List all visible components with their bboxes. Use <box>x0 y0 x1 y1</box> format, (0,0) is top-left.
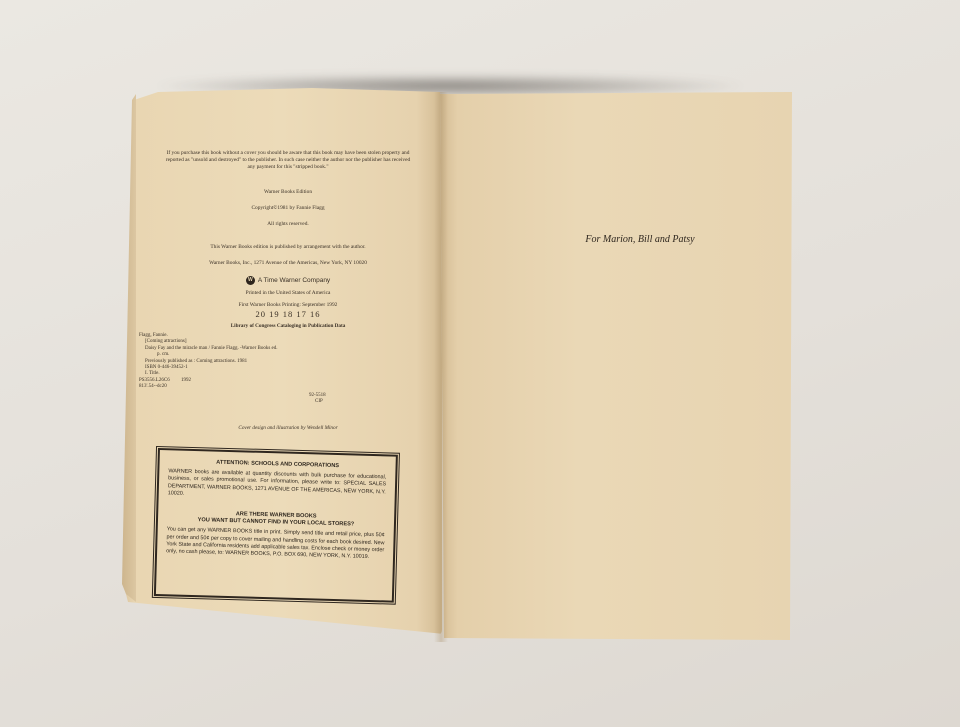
cip-block: Flagg, Fannie. [Coming attractions] Dais… <box>139 333 419 405</box>
dedication-page <box>440 92 792 642</box>
time-warner-logo-icon: W <box>246 276 255 285</box>
first-printing-line: First Warner Books Printing: September 1… <box>157 302 419 309</box>
photo-scene: If you purchase this book without a cove… <box>0 0 960 727</box>
time-warner-line: W A Time Warner Company <box>157 276 419 285</box>
cip-label: CIP <box>139 399 419 405</box>
box-body-stores: You can get any WARNER BOOKS title in pr… <box>166 527 385 562</box>
lc-heading: Library of Congress Cataloging in Public… <box>157 323 419 330</box>
edition-line: Warner Books Edition <box>157 189 419 196</box>
book-gutter <box>434 92 448 642</box>
copyright-line: Copyright©1981 by Fannie Flagg <box>157 205 419 212</box>
dedication-text: For Marion, Bill and Patsy <box>540 234 740 245</box>
stripped-book-notice: If you purchase this book without a cove… <box>157 150 419 171</box>
arrangement-line: This Warner Books edition is published b… <box>157 244 419 251</box>
copyright-text: If you purchase this book without a cove… <box>157 150 419 432</box>
special-sales-box: ATTENTION: SCHOOLS AND CORPORATIONS WARN… <box>154 448 398 603</box>
cip-call-number: PS3556.L26C6 <box>139 378 170 383</box>
publisher-address: Warner Books, Inc., 1271 Avenue of the A… <box>157 260 419 267</box>
cover-credit: Cover design and illustration by Wendell… <box>157 425 419 432</box>
print-numbers: 20 19 18 17 16 <box>157 311 419 318</box>
cip-call-year: 1992 <box>181 378 191 383</box>
page-stack-edge <box>122 94 136 602</box>
rights-line: All rights reserved. <box>157 221 419 228</box>
box-body-schools: WARNER books are available at quantity d… <box>168 469 387 504</box>
open-book: If you purchase this book without a cove… <box>122 86 794 646</box>
printed-in-line: Printed in the United States of America <box>157 290 419 297</box>
cip-dewey: 813'.54--dc20 <box>139 384 419 390</box>
time-warner-label: A Time Warner Company <box>258 277 330 284</box>
